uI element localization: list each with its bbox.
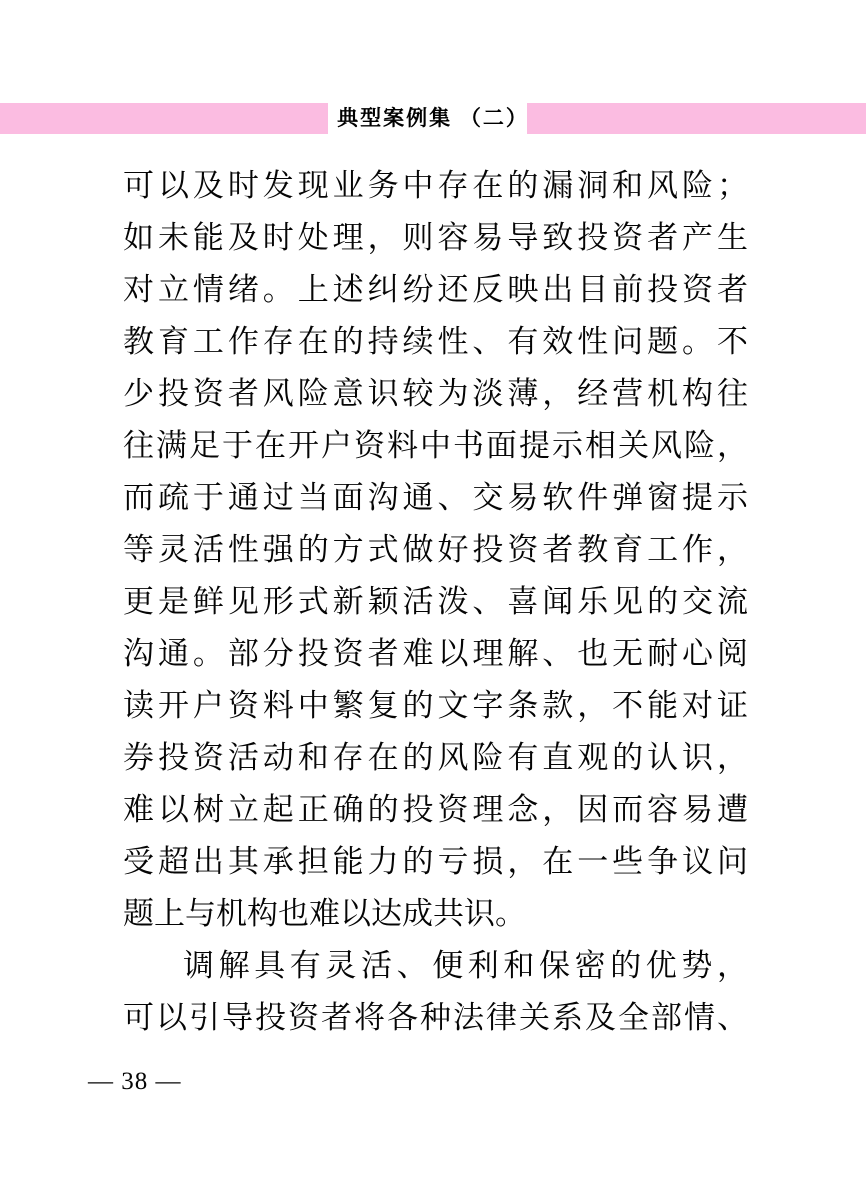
page-number: — 38 —: [88, 1068, 182, 1096]
text-line: 教育工作存在的持续性、有效性问题。不: [123, 316, 748, 368]
text-line: 等灵活性强的方式做好投资者教育工作，: [123, 524, 748, 576]
book-page: 典型案例集 （二） 可以及时发现业务中存在的漏洞和风险；如未能及时处理，则容易导…: [0, 0, 866, 1189]
text-line: 往满足于在开户资料中书面提示相关风险，: [123, 420, 748, 472]
header-band-right: [527, 103, 866, 134]
text-line: 少投资者风险意识较为淡薄，经营机构往: [123, 368, 748, 420]
text-line: 券投资活动和存在的风险有直观的认识，: [123, 732, 748, 784]
text-line: 可以引导投资者将各种法律关系及全部情、: [123, 992, 748, 1044]
text-line: 沟通。部分投资者难以理解、也无耐心阅: [123, 628, 748, 680]
text-line: 题上与机构也难以达成共识。: [123, 888, 748, 940]
text-line: 如未能及时处理，则容易导致投资者产生: [123, 212, 748, 264]
body-text: 可以及时发现业务中存在的漏洞和风险；如未能及时处理，则容易导致投资者产生对立情绪…: [123, 160, 748, 1044]
text-line: 读开户资料中繁复的文字条款，不能对证: [123, 680, 748, 732]
text-line: 对立情绪。上述纠纷还反映出目前投资者: [123, 264, 748, 316]
text-line: 而疏于通过当面沟通、交易软件弹窗提示: [123, 472, 748, 524]
text-line: 难以树立起正确的投资理念，因而容易遭: [123, 784, 748, 836]
text-line: 受超出其承担能力的亏损，在一些争议问: [123, 836, 748, 888]
running-head: 典型案例集 （二）: [0, 103, 866, 134]
text-line: 可以及时发现业务中存在的漏洞和风险；: [123, 160, 748, 212]
text-line: 调解具有灵活、便利和保密的优势，: [123, 940, 748, 992]
text-line: 更是鲜见形式新颖活泼、喜闻乐见的交流: [123, 576, 748, 628]
page-title: 典型案例集 （二）: [337, 103, 529, 134]
header-band-left: [0, 103, 328, 134]
